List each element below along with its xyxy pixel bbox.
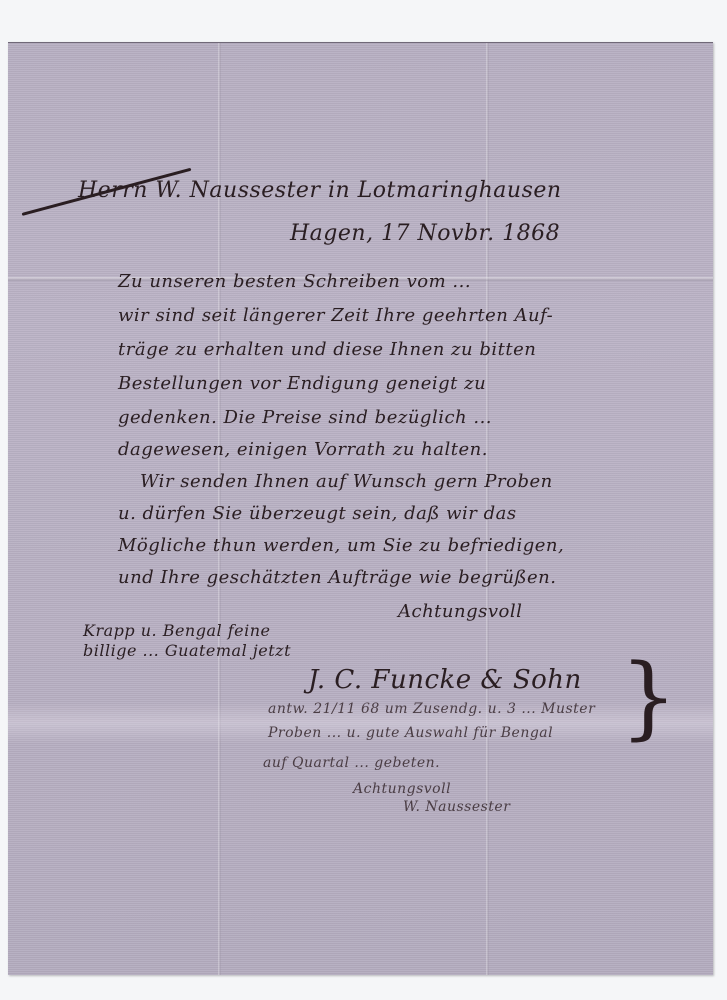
letter-paper: Herrn W. Naussester in Lotmaringhausen H… [8,42,713,975]
reply-note-line: Proben ... u. gute Auswahl für Bengal [268,725,553,741]
body-line: Bestellungen vor Endigung geneigt zu [118,373,486,394]
place-date: Hagen, 17 Novbr. 1868 [290,221,560,246]
margin-note-line: billige ... Guatemal jetzt [83,641,291,660]
salutation: Herrn W. Naussester in Lotmaringhausen [78,178,562,203]
signature: J. C. Funcke & Sohn [308,665,582,695]
body-line: u. dürfen Sie überzeugt sein, daß wir da… [118,503,517,524]
closing: Achtungsvoll [398,601,522,622]
body-line: wir sind seit längerer Zeit Ihre geehrte… [118,305,553,326]
scanned-letter: Herrn W. Naussester in Lotmaringhausen H… [0,0,727,1000]
reply-note-line: W. Naussester [403,799,510,815]
reply-note-line: antw. 21/11 68 um Zusendg. u. 3 ... Must… [268,701,595,717]
body-line: Wir senden Ihnen auf Wunsch gern Proben [140,471,553,492]
bracket-mark: } [620,653,677,743]
reply-note-line: Achtungsvoll [353,781,451,797]
body-line: Zu unseren besten Schreiben vom ... [118,271,471,292]
body-line: träge zu erhalten und diese Ihnen zu bit… [118,339,536,360]
body-line: Mögliche thun werden, um Sie zu befriedi… [118,535,564,556]
body-line: dagewesen, einigen Vorrath zu halten. [118,439,488,460]
body-line: und Ihre geschätzten Aufträge wie begrüß… [118,567,557,588]
body-line: gedenken. Die Preise sind bezüglich ... [118,407,492,428]
reply-note-line: auf Quartal ... gebeten. [263,755,440,771]
margin-note-line: Krapp u. Bengal feine [83,621,270,640]
